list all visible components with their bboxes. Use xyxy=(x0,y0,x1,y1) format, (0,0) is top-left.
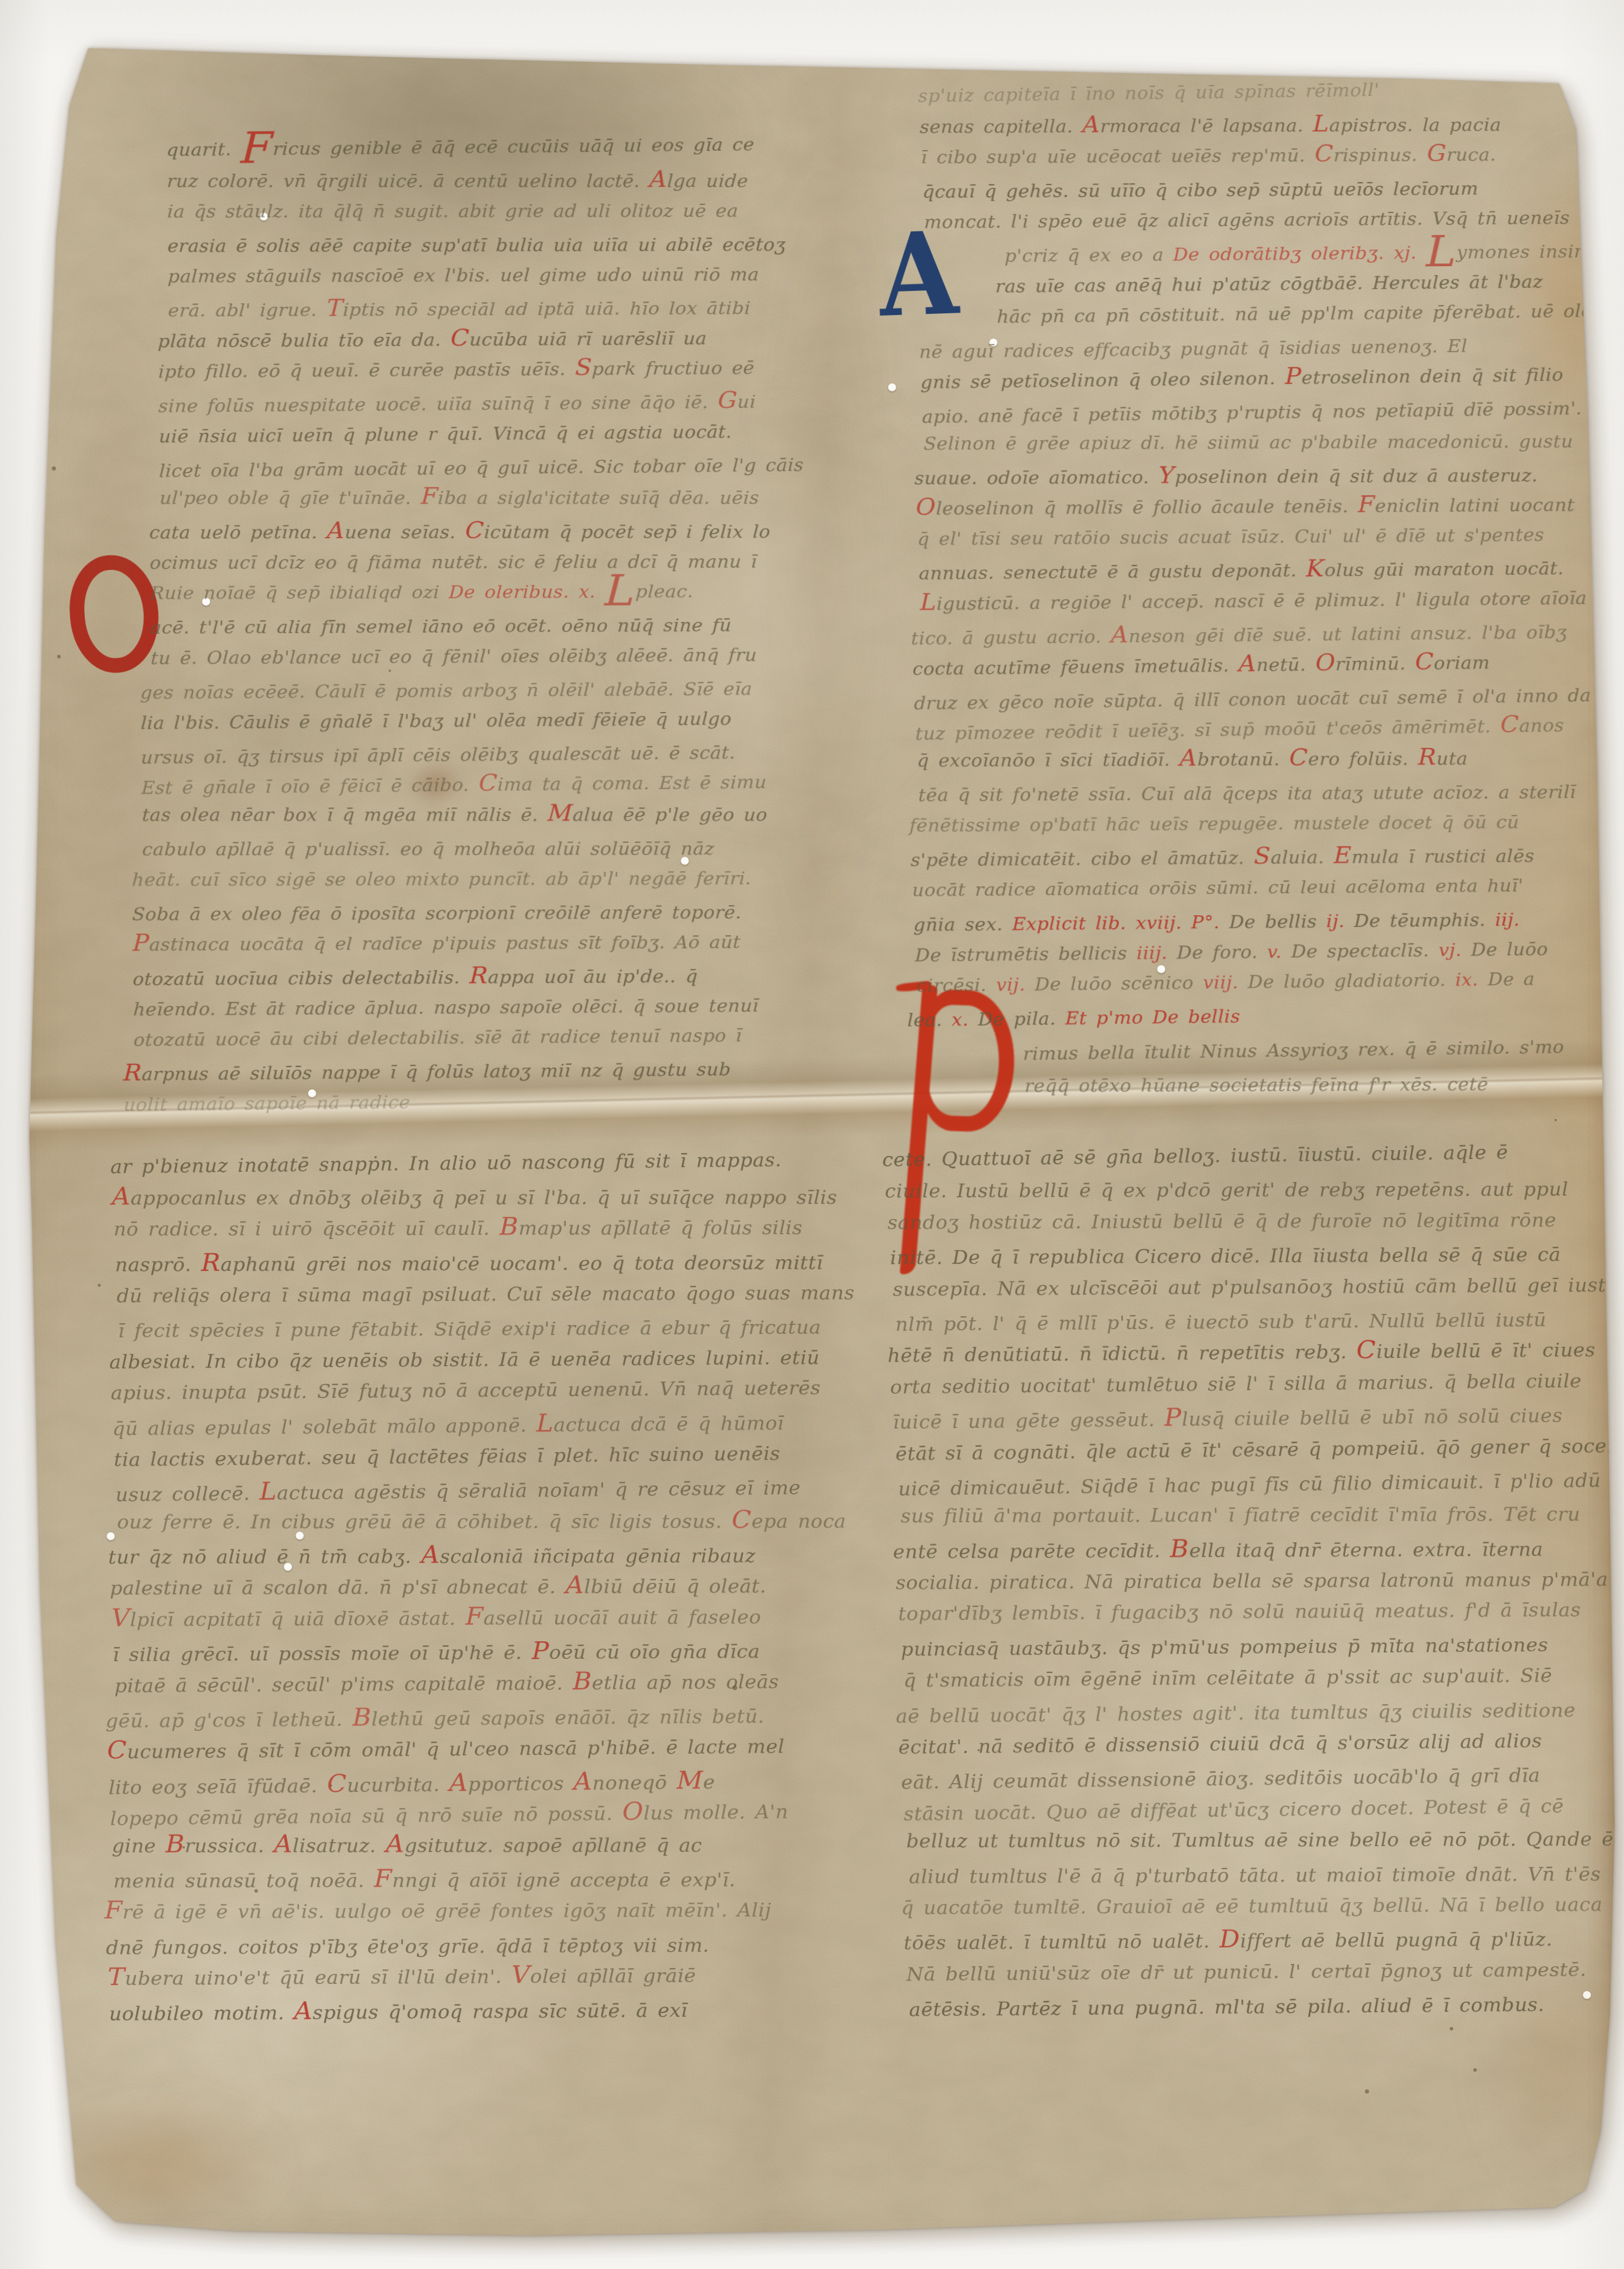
body-text: alua ēē p'le gēo uo xyxy=(572,805,768,826)
text-line: topar'dībʒ lembīs. ī fugacibʒ nō solū na… xyxy=(898,1598,1624,1635)
text-column-right-top: sp'uiz capiteīa ī īno noīs q̄ uīa spīnas… xyxy=(910,81,1598,1108)
text-line: licet oīa l'ba grām uocāt uī eo q̄ guī u… xyxy=(158,455,824,493)
text-line: ēcitat'. nā seditō ē dissensiō ciuiū dcā… xyxy=(898,1728,1624,1768)
body-text: q̄ excoīanōo ī sīci tīadiōī. xyxy=(917,750,1180,771)
text-line: Pastinaca uocāta q̄ el radīce p'ipuis pa… xyxy=(132,932,798,966)
body-text: actuca agēstis q̄ sēraliā noīam' q̄ re c… xyxy=(277,1476,801,1504)
body-text: senas capitella. xyxy=(920,117,1083,138)
text-line: Frē ā igē ē vn̄ aē'is. uulgo oē grēē fon… xyxy=(104,1899,821,1933)
text-line: acē. t'l'ē cū alia fīn semel iāno eō ocē… xyxy=(150,615,816,650)
red-initial-letter: F xyxy=(420,483,439,510)
red-initial-letter: R xyxy=(201,1248,221,1277)
red-initial-letter: B xyxy=(165,1829,185,1858)
body-text: lga uide xyxy=(667,171,748,191)
red-initial-letter: B xyxy=(499,1212,519,1241)
text-line: suscepīa. Nā ex ulcīscēōi aut p'pulsanōo… xyxy=(893,1273,1624,1310)
text-line: fēnētissime op'batī hāc ueīs repugēe. mu… xyxy=(909,811,1585,847)
red-initial-letter: E xyxy=(1334,843,1352,869)
red-initial-letter: V xyxy=(511,1960,530,1989)
body-text: park fructiuo eē xyxy=(592,358,755,380)
red-initial-letter: K xyxy=(1306,556,1325,582)
red-initial-letter: A xyxy=(574,1766,592,1795)
ink-speck xyxy=(57,655,61,658)
red-initial-letter: C xyxy=(450,325,470,352)
text-line: uocāt radice aīomatica orōis sūmi. cū le… xyxy=(912,875,1587,912)
body-text: De tēumphis. xyxy=(1354,910,1495,932)
red-initial-letter: R xyxy=(469,963,488,989)
text-line: tur q̄z nō aliud ē n̄ tm̄ cabʒ. Ascaloni… xyxy=(108,1545,824,1579)
red-initial-letter: A xyxy=(294,1996,313,2025)
body-text: iuile bellū ē īt' ciues xyxy=(1376,1339,1596,1363)
text-line: Est ē gn̄ale ī oīo ē fēicī ē cāibo. Cima… xyxy=(141,771,807,810)
body-text: uiē n̄sia uicī ueīn q̄ plune r q̄uī. Vin… xyxy=(158,422,733,447)
red-initial-letter: S xyxy=(1254,843,1271,869)
body-text: De luōo xyxy=(1471,939,1549,960)
body-text: otozatū uocīua cibis delectabilis. xyxy=(132,968,470,990)
body-text: olei ap̄llāī grāiē xyxy=(530,1965,696,1988)
red-initial-letter: C xyxy=(465,518,485,544)
body-text: De bellis xyxy=(1229,912,1326,933)
ink-speck xyxy=(1473,2068,1477,2072)
red-initial-letter: A xyxy=(1238,651,1257,677)
red-initial-letter: M xyxy=(547,800,574,827)
text-line: quarit. Fricus genible ē āq̄ ecē cucūis … xyxy=(165,134,831,172)
red-initial-letter: B xyxy=(1170,1534,1189,1563)
text-line: Aappocanlus ex dnōbʒ olēibʒ q̄ peī u sī … xyxy=(112,1186,828,1219)
body-text: olus gūi maraton uocāt. xyxy=(1324,558,1564,581)
red-initial-letter: Y xyxy=(1158,462,1175,489)
body-text: nō radice. sī i uirō q̄scēōit uī caulī. xyxy=(114,1217,500,1240)
body-text: De luōo scēnico xyxy=(1035,973,1203,995)
body-text: lito eoʒ seīā īfūdaē. xyxy=(108,1774,327,1798)
text-line: uiē n̄sia uicī ueīn q̄ plune r q̄uī. Vin… xyxy=(158,421,824,459)
body-text: arpnus aē siluīōs nappe ī q̄ folūs latoʒ… xyxy=(141,1059,731,1085)
body-text: Soba ā ex oleo fēa ō iposīta scorpionī c… xyxy=(132,902,743,925)
body-text: rmoraca l'ē lapsana. xyxy=(1100,115,1313,137)
body-text: gine xyxy=(112,1834,166,1857)
body-text: De a xyxy=(1487,969,1534,990)
red-initial-letter: C xyxy=(327,1768,347,1797)
red-initial-letter: B xyxy=(352,1702,372,1731)
body-text: acē. t'l'ē cū alia fīn semel iāno eō ocē… xyxy=(150,615,733,638)
body-text: sandoʒ hostiūz cā. Iniustū bellū ē q̄ de… xyxy=(887,1208,1557,1233)
body-text: aphanū grēi nos maio'cē uocam'. eo q̄ to… xyxy=(220,1251,823,1276)
text-line: erā. abl' igrue. Tiptis nō speciāl ad ip… xyxy=(167,298,833,333)
red-initial-letter: O xyxy=(622,1797,644,1826)
text-column-left-bottom: ar p'bienuz inotatē snapṗn. In alio uō n… xyxy=(108,1152,832,2033)
body-text: annuas. senectutē ē ā gustu deponāt. xyxy=(919,561,1306,584)
body-text: lisatruz. xyxy=(293,1834,386,1857)
body-text: erasia ē solis aēē capite sup'atī bulia … xyxy=(167,234,787,256)
body-text: uena seīas. xyxy=(344,522,466,543)
body-text: plāta nōscē bulia tīo eīa da. xyxy=(157,330,451,352)
body-text: ia q̄s stāulz. ita q̄lq̄ n̄ sugit. abit … xyxy=(167,201,739,222)
text-line: ī cibo sup'a uīe ucēocat ueīēs rep'mū. C… xyxy=(921,144,1596,179)
body-text: ciuile. Iustū bellū ē q̄ ex p'dcō gerit'… xyxy=(884,1178,1569,1203)
body-text: palmes stāguils nascīoē ex l'bis. uel gi… xyxy=(167,264,760,287)
red-initial-letter: C xyxy=(1415,648,1434,675)
body-text: eāt. Alij ceumāt dissensionē āioʒ. sedit… xyxy=(901,1764,1541,1794)
body-text: topar'dībʒ lembīs. ī fugacibʒ nō solū na… xyxy=(898,1599,1581,1625)
text-line: q̄ el' tīsi seu ratōio sucis acuat īsūz.… xyxy=(917,525,1592,561)
body-text: ella itaq̄ dnr̄ ēterna. extra. īterna xyxy=(1189,1538,1543,1561)
body-text: netū. xyxy=(1257,654,1316,675)
body-text: aluia. xyxy=(1271,847,1334,869)
body-text: iptis nō speciāl ad iptā uiā. hīo lox āt… xyxy=(343,299,751,321)
text-line: ruz colorē. vn̄ q̄rgili uicē. ā centū ue… xyxy=(166,171,832,203)
red-initial-letter: P xyxy=(532,1636,549,1665)
rubric-red-text: v. xyxy=(1267,942,1291,962)
body-text: lopepo cēmū grēa noīa sū q̄ nrō suīe nō … xyxy=(110,1802,622,1830)
body-text: sus filiū ā'ma portauit. Lucan' ī fīatrē… xyxy=(900,1503,1580,1527)
text-line: uolubileo motim. Aspigus q̄'omoq̄ raspa … xyxy=(109,1998,826,2035)
body-text: Nā bellū uniū'sūz oīe dr̄ ut punicū. l' … xyxy=(906,1959,1587,1986)
red-initial-letter: A xyxy=(1082,112,1101,138)
red-initial-letter: C xyxy=(107,1735,127,1764)
text-line: menia sūnasū toq̄ noēā. Fnngi q̄ aīōī ig… xyxy=(113,1869,830,1903)
body-text: palestine uī ā scalon dā. n̄ p'sī abneca… xyxy=(110,1576,565,1599)
text-line: initē. De q̄ ī republica Cicero dicē. Il… xyxy=(890,1243,1624,1280)
body-text: q̄cauī q̄ gehēs. sū uīīo q̄ cibo sep̄ sū… xyxy=(922,178,1479,202)
body-text: quarit. xyxy=(166,140,241,161)
body-text: lia l'bis. Cāulis ē gn̄alē ī l'baʒ ul' o… xyxy=(140,708,732,734)
text-line: Vlpicī acpitatī q̄ uiā dīoxē āstat. Fase… xyxy=(111,1605,828,1641)
red-initial-letter: C xyxy=(1314,141,1334,167)
ink-speck xyxy=(1365,2089,1369,2094)
red-initial-letter: G xyxy=(717,387,738,414)
text-line: q̄ uacatōe tumltē. Grauioī aē eē tumltuū… xyxy=(901,1893,1624,1929)
body-text: otozatū uocē āu cibi delectabilis. sīē ā… xyxy=(133,1025,743,1051)
body-text: e xyxy=(703,1770,715,1793)
text-line: circēsi. vij. De luōo scēnico viij. De l… xyxy=(916,968,1592,1008)
body-text: ymones insim. xyxy=(1456,241,1598,263)
text-line: ar p'bienuz inotatē snapṗn. In alio uō n… xyxy=(110,1148,827,1188)
body-text: nē aguī radices effcacibʒ pugnāt q̄ īsid… xyxy=(919,336,1468,363)
body-text: tur q̄z nō aliud ē n̄ tm̄ cabʒ. xyxy=(108,1545,422,1568)
body-text: lbiū dēiū q̄ oleāt. xyxy=(584,1575,767,1598)
body-text: icūtam q̄ pocēt sep̄ i felix lo xyxy=(483,522,771,543)
body-text: ima ta q̄ coma. Est ē simu xyxy=(497,772,767,795)
manuscript-sheet-shadow: A quarit. Fricus genible ē āq̄ ecē cucūi… xyxy=(0,0,1624,2269)
rubric-red-text: ij. xyxy=(1326,911,1354,932)
text-line: uolit amaīo sapoīe nā radice xyxy=(123,1089,789,1127)
red-initial-letter: C xyxy=(1356,1335,1377,1364)
body-text: rimus bella ītulit Ninus Assyrioʒ rex. q… xyxy=(1023,1037,1564,1065)
text-line: pitaē ā sēcūl'. secūl' p'ims capitalē ma… xyxy=(114,1670,831,1707)
red-initial-letter: A xyxy=(112,1182,131,1211)
text-line: tu ē. Olao eb'lance ucī eo q̄ fēnil' oīe… xyxy=(150,645,816,680)
body-text: moncat. l'i spēo euē q̄z alicī agēns acr… xyxy=(924,208,1570,233)
body-text: puinciasq̄ uastāubʒ. q̄s p'mū'us pompeiu… xyxy=(900,1634,1548,1661)
body-text: De pila. xyxy=(978,1008,1066,1030)
body-text: ero folūis. xyxy=(1308,749,1418,770)
ink-speck xyxy=(98,1284,101,1287)
body-text: īuicē ī una gēte gessēut. xyxy=(893,1408,1165,1433)
text-line: tas olea nēar box ī q̄ mgēa miī nālis ē.… xyxy=(141,805,807,837)
rubric-red-text: ix. xyxy=(1455,969,1488,991)
body-text: brotanū. xyxy=(1197,749,1290,770)
body-text: etroselinon dein q̄ sit filio xyxy=(1301,365,1563,388)
body-text: iba a sigla'icitate suīq̄ dēa. uēis xyxy=(438,488,760,509)
body-text: uta xyxy=(1436,748,1468,769)
rubric-red-text: vj. xyxy=(1439,940,1471,961)
red-initial-letter: L xyxy=(260,1476,277,1505)
red-initial-letter: P xyxy=(132,930,150,956)
body-text: dnē fungos. coitos p'ībʒ ēte'oʒ grīe. q̄… xyxy=(106,1934,710,1959)
body-text: req̄q̄ otēxo hūane societatis feīna f'r … xyxy=(1025,1074,1489,1097)
body-text: dū reliq̄s olera ī sūma magī psiluat. Cu… xyxy=(117,1281,854,1307)
body-text: heīendo. Est āt radice āplua. naspo sapo… xyxy=(132,996,759,1021)
body-text: erā. abl' igrue. xyxy=(168,300,327,322)
body-text: lea. xyxy=(907,1010,952,1031)
text-line: ciuile. Iustū bellū ē q̄ ex p'dcō gerit'… xyxy=(884,1178,1624,1213)
wormhole xyxy=(888,383,896,392)
body-text: noneqō xyxy=(592,1771,677,1794)
text-line: Nā bellū uniū'sūz oīe dr̄ ut punicū. l' … xyxy=(906,1958,1624,1996)
text-line: sus filiū ā'ma portauit. Lucan' ī fīatrē… xyxy=(900,1503,1624,1538)
body-text: anos xyxy=(1519,716,1565,737)
rubric-red-text: Et p'mo De bellis xyxy=(1065,1006,1240,1029)
red-initial-letter: L xyxy=(604,566,637,616)
red-initial-letter: A xyxy=(1179,745,1198,771)
text-line: erasia ē solis aēē capite sup'atī bulia … xyxy=(167,234,833,268)
text-line: moncat. l'i spēo euē q̄z alicī agēns acr… xyxy=(924,208,1599,244)
body-text: cata uelō petīna. xyxy=(149,522,327,543)
body-text: actuca dcā ē q̄ hūmoī xyxy=(554,1412,784,1436)
body-text: sine folūs nuespitate uocē. uiīa suīnq̄ … xyxy=(158,392,718,417)
body-text: tu ē. Olao eb'lance ucī eo q̄ fēnil' oīe… xyxy=(150,645,757,669)
body-text: suscepīa. Nā ex ulcīscēōi aut p'pulsanōo… xyxy=(893,1274,1613,1300)
rubric-red-text: iiij. xyxy=(1136,943,1177,964)
body-text: epa noca xyxy=(751,1510,846,1532)
body-text: s'pēte dimicatēit. cibo el āmatūz. xyxy=(910,848,1254,871)
body-text: De īstrumētis bellicis xyxy=(915,943,1137,966)
body-text: belluz ut tumltus nō sit. Tumltus aē sin… xyxy=(906,1828,1614,1852)
text-line: cocta acutīme fēuens īmetuālis. Anetū. O… xyxy=(912,651,1587,691)
text-line: q̄ excoīanōo ī sīci tīadiōī. Abrotanū. C… xyxy=(917,748,1592,782)
text-line: Selinon ē grēe apiuz dī. hē siimū ac p'b… xyxy=(923,431,1599,465)
body-text: ul'peo oble q̄ gīe t'uīnāe. xyxy=(159,488,421,509)
body-text: q̄ū alias epulas l' solebāt mālo apponē. xyxy=(112,1413,536,1439)
body-text: nasprō. xyxy=(115,1253,201,1276)
body-text: rispinus. xyxy=(1333,145,1427,166)
red-initial-letter: A xyxy=(274,1829,293,1858)
body-text: mula ī rustici alēs xyxy=(1351,846,1534,867)
body-text: scaloniā iñcipata gēnia ribauz xyxy=(440,1545,756,1568)
red-initial-letter: O xyxy=(916,494,936,521)
body-text: De foro. xyxy=(1176,942,1267,963)
body-text: licet oīa l'ba grām uocāt uī eo q̄ guī u… xyxy=(158,455,804,482)
body-text: socialia. piratica. Nā piratica bella sē… xyxy=(896,1568,1609,1594)
body-text: q̄ el' tīsi seu ratōio sucis acuat īsūz.… xyxy=(917,525,1545,549)
red-initial-letter: A xyxy=(326,518,345,544)
body-text: albesiat. In cibo q̄z uenēis ob sistit. … xyxy=(110,1346,820,1373)
body-text: ī fecit spēcies ī pune fētabit. Siq̄dē e… xyxy=(118,1316,821,1342)
body-text: ucūba uiā rī uarēsliī ua xyxy=(469,329,707,350)
body-text: gnis sē petīoselinon q̄ oleo silenon. xyxy=(920,368,1285,393)
red-initial-letter: T xyxy=(326,296,344,322)
red-initial-letter: T xyxy=(108,1962,125,1991)
red-initial-letter: A xyxy=(421,1540,440,1569)
body-text: spigus q̄'omoq̄ raspa sīc sūtē. ā exī xyxy=(313,1999,688,2023)
body-text: map'us ap̄llatē q̄ folūs silis xyxy=(519,1217,803,1240)
body-text: lethū geū sapoīs enāōī. q̄z nīlis betū. xyxy=(372,1705,765,1730)
red-initial-letter: L xyxy=(1426,227,1457,277)
red-initial-letter: C xyxy=(1289,744,1308,771)
text-line: cabulo ap̄llaē q̄ p'ualissī. eo q̄ molhe… xyxy=(141,839,807,871)
text-line: aliud tumltus l'ē ā q̄ p'turbatō tāta. u… xyxy=(909,1863,1624,1898)
text-line: orta seditio uocitat' tumlētuo siē l' ī … xyxy=(890,1369,1624,1409)
body-text: poselinon dein q̄ sit duz ā austeruz. xyxy=(1175,465,1538,488)
red-initial-letter: R xyxy=(123,1059,142,1086)
rubric-red-text: Explicit lib. xviij. P°. xyxy=(1012,912,1229,935)
body-text: pporticos xyxy=(468,1772,574,1796)
red-initial-letter: A xyxy=(449,1767,468,1796)
body-text: p'criz q̄ ex eo a xyxy=(1005,245,1174,267)
red-initial-letter: L xyxy=(1313,111,1330,137)
text-line: nasprō. Raphanū grēi nos maio'cē uocam'.… xyxy=(115,1251,831,1286)
red-initial-letter: F xyxy=(374,1864,392,1893)
text-line: aētēsis. Partēz ī una pugnā. ml'ta sē pi… xyxy=(909,1993,1624,2031)
body-text: ī cibo sup'a uīe ucēocat ueīēs rep'mū. xyxy=(921,145,1315,168)
text-line: cata uelō petīna. Auena seīas. Cicūtam q… xyxy=(148,522,814,554)
text-line: palmes stāguils nascīoē ex l'bis. uel gi… xyxy=(167,264,833,299)
body-text: ui xyxy=(737,392,757,412)
red-initial-letter: C xyxy=(478,770,498,796)
body-text: tas olea nēar box ī q̄ mgēa miī nālis ē. xyxy=(141,805,548,826)
text-line: Tubera uino'e't q̄ū earū sī il'lū dein'.… xyxy=(107,1963,824,2000)
red-initial-letter: M xyxy=(677,1765,703,1794)
red-initial-letter: L xyxy=(536,1408,554,1437)
text-line: senas capitella. Armoraca l'ē lapsana. L… xyxy=(919,114,1595,148)
body-text: eniclin latini uocant xyxy=(1375,495,1575,516)
red-initial-letter: A xyxy=(1111,622,1129,648)
rubric-red-text: viij. xyxy=(1203,972,1248,993)
body-text: russica. xyxy=(184,1834,274,1857)
body-text: gn̄ia sex. xyxy=(913,914,1012,935)
body-text: astinaca uocāta q̄ el radīce p'ipuis pas… xyxy=(149,932,741,955)
body-text: tēa q̄ sit fo'netē ssīa. Cuī alā q̄ceps … xyxy=(918,782,1576,806)
body-text: cabulo ap̄llaē q̄ p'ualissī. eo q̄ molhe… xyxy=(142,839,715,860)
body-text: ouz ferre ē. In cibus grēū āē ā cōhibet.… xyxy=(117,1510,732,1533)
body-text: suaue. odoīe aīomatico. xyxy=(914,467,1159,489)
body-text: oēū cū oīo gn̄a dīca xyxy=(549,1640,760,1664)
red-initial-letter: V xyxy=(111,1603,130,1632)
body-text: asellū uocāī auit ā faseleo xyxy=(483,1605,761,1629)
body-text: aē bellū uocāt' q̄ʒ l' hostes agit'. ita… xyxy=(896,1698,1576,1727)
body-text: De spectaclīs. xyxy=(1291,940,1439,962)
body-text: menia sūnasū toq̄ noēā. xyxy=(113,1869,374,1892)
text-line: ul'peo oble q̄ gīe t'uīnāe. Fiba a sigla… xyxy=(158,488,824,520)
body-text: fēnētissime op'batī hāc ueīs repugēe. mu… xyxy=(909,812,1519,836)
rubric-red-text: x. xyxy=(952,1009,978,1031)
body-text: rē ā igē ē vn̄ aē'is. uulgo oē grēē font… xyxy=(122,1899,771,1923)
body-text: entē celsa parēte cecīdit. xyxy=(893,1539,1170,1563)
manuscript-page: A quarit. Fricus genible ē āq̄ ecē cucūi… xyxy=(0,0,1624,2269)
ink-speck xyxy=(1450,2027,1453,2030)
text-line: lea. x. De pila. Et p'mo De bellis xyxy=(907,1002,1583,1042)
body-text: gsitutuz. sapoē ap̄llanē q̄ ac xyxy=(405,1834,702,1857)
body-text: ricus genible ē āq̄ ecē cucūis uāq̄ ui e… xyxy=(273,134,755,160)
body-text: gēū. ap̄ g'cos ī letheū. xyxy=(105,1708,352,1732)
body-text: iffert aē bellū pugnā q̄ p'liūz. xyxy=(1240,1928,1553,1952)
red-initial-letter: D xyxy=(1219,1924,1240,1953)
body-text: ges noīas ecēeē. Cāulī ē pomis arboʒ n̄ … xyxy=(140,679,753,704)
red-initial-letter: P xyxy=(1164,1403,1182,1432)
text-line: dū reliq̄s olera ī sūma magī psiluat. Cu… xyxy=(117,1281,833,1317)
rubric-red-text: De odorātibʒ oleribʒ. xj. xyxy=(1173,243,1426,265)
body-text: ucumeres q̄ sīt ī cōm omāl' q̄ ul'ceo na… xyxy=(127,1735,784,1763)
text-line: hāc pn̄ ca pn̄ cōstituit. nā uē pp'lm ca… xyxy=(917,301,1593,339)
text-line: Ruie noīaē q̄ sep̄ ibialiqd ozi De oleri… xyxy=(149,581,815,615)
body-text: leoselinon q̄ mollīs ē follio ācaule ten… xyxy=(936,496,1358,519)
text-line: ia q̄s stāulz. ita q̄lq̄ n̄ sugit. abit … xyxy=(166,201,832,233)
text-column-right-bottom: cete. Quattuoī aē sē gn̄a belloʒ. iustū.… xyxy=(887,1143,1624,2029)
text-line: ocimus ucī dcīz eo q̄ fiāma nutēt. sic ē… xyxy=(149,551,815,585)
body-text: apius. inupta psūt. Sīē futuʒ nō ā accep… xyxy=(111,1377,821,1405)
body-text: q̄ t'smaticis oīm ēgēnē inīm celēitate ā… xyxy=(903,1664,1553,1692)
ink-speck xyxy=(1555,1119,1557,1121)
stain xyxy=(35,2096,283,2232)
text-line: Soba ā ex oleo fēa ō iposīta scorpionī c… xyxy=(131,902,797,936)
text-line: tia lactis exuberat. seu q̄ lactētes fēi… xyxy=(114,1442,830,1481)
body-text: aētēsis. Partēz ī una pugnā. ml'ta sē pi… xyxy=(909,1993,1545,2021)
red-initial-letter: O xyxy=(1315,650,1336,676)
red-initial-letter: C xyxy=(731,1505,751,1533)
body-text: initē. De q̄ ī republica Cicero dicē. Il… xyxy=(890,1243,1561,1269)
body-text: circēsi. xyxy=(916,975,996,996)
red-initial-letter: G xyxy=(1427,140,1447,167)
body-text: ubera uino'e't q̄ū earū sī il'lū dein'. xyxy=(125,1965,512,1989)
body-text: uolubileo motim. xyxy=(109,2002,294,2025)
body-text: usuz collecē. xyxy=(115,1482,260,1506)
body-text: pitaē ā sēcūl'. secūl' p'ims capitalē ma… xyxy=(114,1672,573,1697)
body-text: Selinon ē grēe apiuz dī. hē siimū ac p'b… xyxy=(923,432,1573,455)
text-column-left-top: quarit. Fricus genible ē āq̄ ecē cucūis … xyxy=(125,137,837,1126)
body-text: tōēs ualēt. ī tumltū nō ualēt. xyxy=(903,1930,1219,1954)
body-text: heāt. cuī sīco sigē se oleo mixto puncīt… xyxy=(131,869,752,890)
body-text: appa uoī āu ip'de.. q̄ xyxy=(488,966,698,988)
red-initial-letter: F xyxy=(465,1601,483,1630)
body-text: lus molle. A'n xyxy=(644,1800,788,1824)
red-initial-letter: C xyxy=(1500,711,1519,738)
body-text: aliud tumltus l'ē ā q̄ p'turbatō tāta. u… xyxy=(909,1863,1601,1888)
body-text: ī silia grēcī. uī possīs moīe oī ūp'hē ē… xyxy=(113,1641,532,1666)
body-text: neson gēi dīē suē. ut latini ansuz. l'ba… xyxy=(1128,622,1567,647)
rubric-red-text: vij. xyxy=(996,975,1035,996)
text-line: heāt. cuī sīco sigē se oleo mixto puncīt… xyxy=(131,869,797,902)
body-text: nngi q̄ aīōī ignē accepta ē exp'ī. xyxy=(392,1869,736,1892)
body-text: ruz colorē. vn̄ q̄rgili uicē. ā centū ue… xyxy=(167,171,650,192)
red-initial-letter: A xyxy=(649,167,668,193)
text-line: belluz ut tumltus nō sit. Tumltus aē sin… xyxy=(906,1828,1624,1863)
red-initial-letter: R xyxy=(1418,744,1437,770)
body-text: ursus oī. q̄ʒ tirsus ipī āplī cēis olēib… xyxy=(141,743,736,769)
body-text: ocimus ucī dcīz eo q̄ fiāma nutēt. sic ē… xyxy=(149,552,757,574)
text-line: gine Brussica. Alisatruz. Agsitutuz. sap… xyxy=(111,1834,828,1867)
rubric-red-text: De oleribus. x. xyxy=(448,582,605,603)
body-text: Ruie noīaē q̄ sep̄ ibialiqd ozi xyxy=(150,582,449,604)
red-initial-letter: F xyxy=(1358,491,1376,518)
body-text: ipto fillo. eō q̄ ueuī. ē curēe pastīs u… xyxy=(158,359,575,383)
text-line: entē celsa parēte cecīdit. Bella itaq̄ d… xyxy=(893,1538,1624,1573)
text-line: rimus bella ītulit Ninus Assyrioʒ rex. q… xyxy=(909,1036,1584,1077)
rubric-red-text: iij. xyxy=(1495,910,1520,930)
body-text: Est ē gn̄ale ī oīo ē fēicī ē cāibo. xyxy=(141,775,479,799)
body-text: pleac. xyxy=(635,582,694,602)
body-text: ucurbita. xyxy=(347,1773,449,1797)
body-text: tico. ā gustu acrio. xyxy=(911,627,1111,649)
